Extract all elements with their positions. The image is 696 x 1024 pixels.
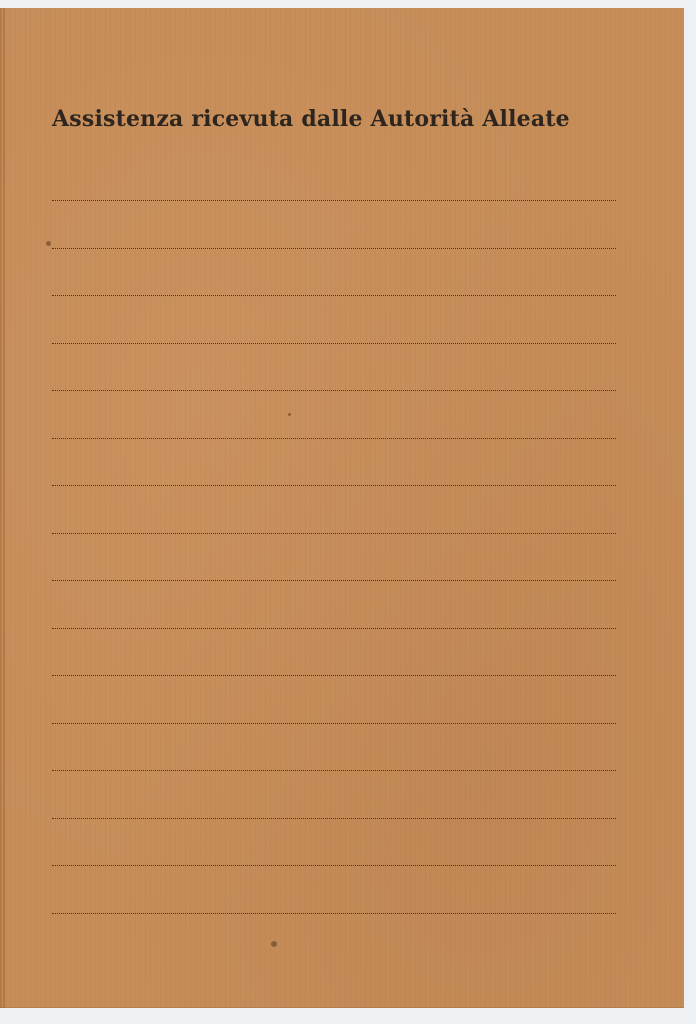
dotted-line: [52, 249, 616, 297]
paper-blemish: [46, 241, 51, 246]
dotted-line: [52, 344, 616, 392]
dotted-writing-lines: [52, 193, 616, 914]
paper-blemish: [288, 413, 291, 416]
dotted-line: [52, 296, 616, 344]
dotted-line: [52, 439, 616, 487]
page-title: Assistenza ricevuta dalle Autorità Allea…: [52, 106, 632, 132]
dotted-line: [52, 193, 616, 201]
paper-blemish: [271, 941, 277, 947]
dotted-line: [52, 391, 616, 439]
dotted-line: [52, 629, 616, 677]
dotted-line: [52, 581, 616, 629]
document-page: Assistenza ricevuta dalle Autorità Allea…: [0, 8, 684, 1008]
dotted-line: [52, 534, 616, 582]
page-fold-edge: [3, 8, 5, 1008]
dotted-line: [52, 866, 616, 914]
dotted-line: [52, 201, 616, 249]
dotted-line: [52, 676, 616, 724]
dotted-line: [52, 724, 616, 772]
dotted-line: [52, 819, 616, 867]
dotted-line: [52, 486, 616, 534]
dotted-line: [52, 771, 616, 819]
